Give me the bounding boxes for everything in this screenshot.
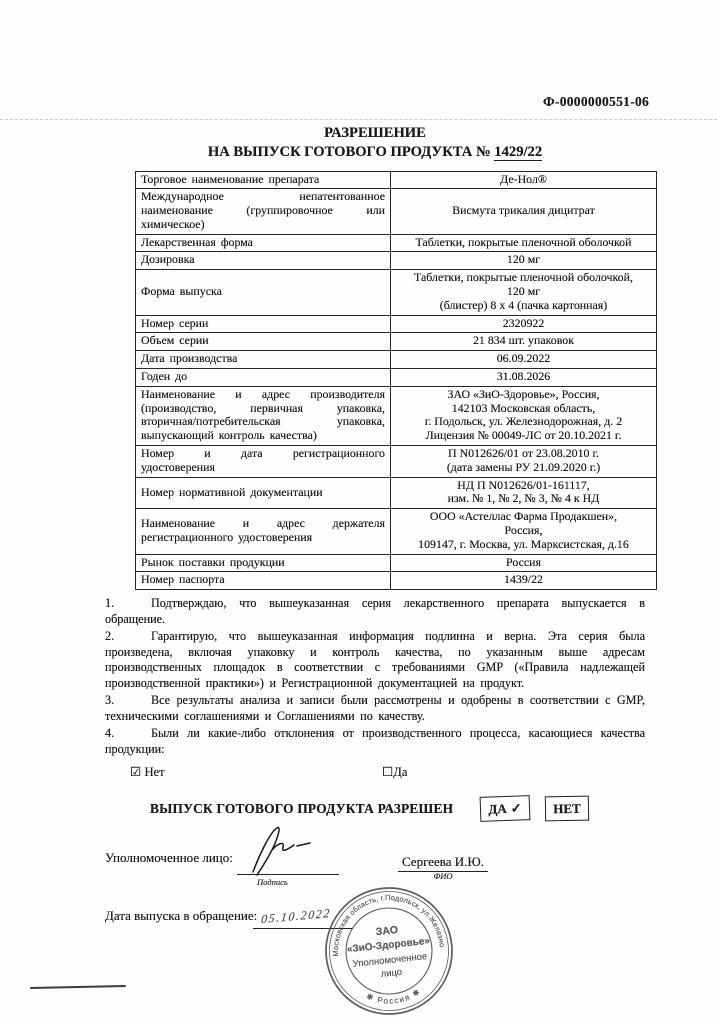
name-caption: ФИО — [388, 872, 498, 881]
table-row: Дозировка120 мг — [136, 252, 657, 270]
clause-number: 1. — [105, 596, 151, 611]
clause-number: 3. — [105, 693, 151, 708]
row-value: Россия — [391, 554, 657, 572]
handwritten-signature-icon — [243, 822, 323, 882]
clause-text: Подтверждаю, что вышеуказанная серия лек… — [105, 596, 645, 625]
deviation-no-label: Нет — [144, 765, 164, 779]
document-content: РАЗРЕШЕНИЕ НА ВЫПУСК ГОТОВОГО ПРОДУКТА №… — [105, 124, 645, 938]
row-value: ЗАО «ЗиО-Здоровье», Россия, 142103 Моско… — [391, 386, 657, 445]
clause-number: 2. — [105, 629, 151, 644]
row-value: Таблетки, покрытые пленочной оболочкой — [391, 234, 657, 252]
signature-line — [237, 874, 339, 875]
clauses-section: 1.Подтверждаю, что вышеуказанная серия л… — [105, 596, 645, 757]
row-label: Лекарственная форма — [136, 234, 391, 252]
stamp-center-line-1: ЗАО — [375, 924, 398, 938]
clause-4: 4.Были ли какие-либо отклонения от произ… — [105, 726, 645, 757]
release-yes-box: ДА✓ — [480, 795, 531, 822]
table-row: Годен до31.08.2026 — [136, 369, 657, 387]
row-label: Номер и дата регистрационного удостовере… — [136, 446, 391, 478]
scanned-document-page: Ф-0000000551-06 РАЗРЕШЕНИЕ НА ВЫПУСК ГОТ… — [0, 0, 717, 1024]
company-stamp: Московская область, г.Подольск, ул.Желез… — [322, 884, 456, 1018]
row-label: Объем серии — [136, 333, 391, 351]
signature-caption: Подпись — [257, 877, 288, 887]
row-label: Международное непатентованное наименован… — [136, 189, 391, 234]
row-value: НД П N012626/01-161117, изм. № 1, № 2, №… — [391, 477, 657, 509]
clause-text: Гарантирую, что вышеуказанная информация… — [105, 629, 645, 689]
release-no-label: НЕТ — [553, 801, 581, 816]
clause-text: Все результаты анализа и записи были рас… — [105, 693, 645, 722]
release-no-box: НЕТ — [545, 796, 589, 822]
deviation-answer-row: ☑ Нет ☐Да — [130, 764, 645, 784]
row-value: ООО «Астеллас Фарма Продакшен», Россия, … — [391, 509, 657, 554]
table-row: Торговое наименование препаратаДе-Нол® — [136, 171, 657, 189]
approver-name-block: Сергеева И.Ю. ФИО — [388, 854, 498, 881]
permit-number: 1429/22 — [494, 144, 542, 161]
row-value: Де-Нол® — [391, 171, 657, 189]
table-row: Наименование и адрес производителя (прои… — [136, 386, 657, 445]
row-label: Наименование и адрес производителя (прои… — [136, 386, 391, 445]
row-label: Годен до — [136, 369, 391, 387]
row-value: 21 834 шт. упаковок — [391, 333, 657, 351]
row-label: Форма выпуска — [136, 270, 391, 315]
scan-artifact-line — [30, 985, 126, 989]
row-value: Таблетки, покрытые пленочной оболочкой, … — [391, 270, 657, 315]
row-value: 120 мг — [391, 252, 657, 270]
deviation-yes-label: Да — [393, 765, 407, 779]
row-label: Номер нормативной документации — [136, 477, 391, 509]
row-value: 1439/22 — [391, 572, 657, 590]
table-row: Форма выпускаТаблетки, покрытые пленочно… — [136, 270, 657, 315]
release-decision-row: ВЫПУСК ГОТОВОГО ПРОДУКТА РАЗРЕШЕН ДА✓ НЕ… — [105, 800, 645, 834]
unchecked-checkbox-icon: ☐ — [382, 765, 393, 779]
table-row: Лекарственная формаТаблетки, покрытые пл… — [136, 234, 657, 252]
row-value: 31.08.2026 — [391, 369, 657, 387]
row-value: 2320922 — [391, 315, 657, 333]
clause-1: 1.Подтверждаю, что вышеуказанная серия л… — [105, 596, 645, 627]
release-date-row: Дата выпуска в обращение: 05.10.2022 Мос… — [105, 908, 645, 938]
row-label: Наименование и адрес держателя регистрац… — [136, 509, 391, 554]
row-label: Торговое наименование препарата — [136, 171, 391, 189]
row-value: П N012626/01 от 23.08.2010 г. (дата заме… — [391, 446, 657, 478]
handwritten-date: 05.10.2022 — [260, 906, 331, 927]
table-row: Дата производства06.09.2022 — [136, 351, 657, 369]
row-label: Дата производства — [136, 351, 391, 369]
table-row: Номер нормативной документацииНД П N0126… — [136, 477, 657, 509]
clause-3: 3.Все результаты анализа и записи были р… — [105, 693, 645, 724]
certificate-table: Торговое наименование препаратаДе-Нол® М… — [135, 171, 657, 591]
title-line-1: РАЗРЕШЕНИЕ — [105, 124, 645, 143]
table-row: Международное непатентованное наименован… — [136, 189, 657, 234]
row-label: Номер паспорта — [136, 572, 391, 590]
release-yes-label: ДА — [488, 801, 507, 817]
form-code: Ф-0000000551-06 — [543, 94, 649, 110]
clause-text: Были ли какие-либо отклонения от произво… — [105, 726, 645, 755]
deviation-yes-option: ☐Да — [382, 764, 407, 780]
row-label: Рынок поставки продукции — [136, 554, 391, 572]
clause-number: 4. — [105, 726, 151, 741]
document-title: РАЗРЕШЕНИЕ НА ВЫПУСК ГОТОВОГО ПРОДУКТА №… — [105, 124, 645, 163]
release-date-label: Дата выпуска в обращение: — [105, 908, 257, 923]
table-row: Номер паспорта1439/22 — [136, 572, 657, 590]
approver-name: Сергеева И.Ю. — [398, 854, 488, 872]
table-row: Объем серии21 834 шт. упаковок — [136, 333, 657, 351]
checked-checkbox-icon: ☑ — [130, 765, 141, 779]
clause-2: 2.Гарантирую, что вышеуказанная информац… — [105, 629, 645, 691]
row-label: Номер серии — [136, 315, 391, 333]
deviation-no-option: ☑ Нет — [130, 765, 165, 779]
row-value: Висмута трикалия дицитрат — [391, 189, 657, 234]
table-row: Номер серии2320922 — [136, 315, 657, 333]
authorized-person-label: Уполномоченное лицо: — [105, 850, 233, 865]
table-row: Номер и дата регистрационного удостовере… — [136, 446, 657, 478]
check-icon: ✓ — [510, 800, 521, 815]
release-statement: ВЫПУСК ГОТОВОГО ПРОДУКТА РАЗРЕШЕН — [150, 801, 453, 816]
stamp-center-line-4: лицо — [380, 967, 403, 980]
scan-fold-line — [0, 119, 717, 120]
table-row: Рынок поставки продукцииРоссия — [136, 554, 657, 572]
row-label: Дозировка — [136, 252, 391, 270]
row-value: 06.09.2022 — [391, 351, 657, 369]
table-row: Наименование и адрес держателя регистрац… — [136, 509, 657, 554]
title-line-2: НА ВЫПУСК ГОТОВОГО ПРОДУКТА № 1429/22 — [105, 143, 645, 162]
